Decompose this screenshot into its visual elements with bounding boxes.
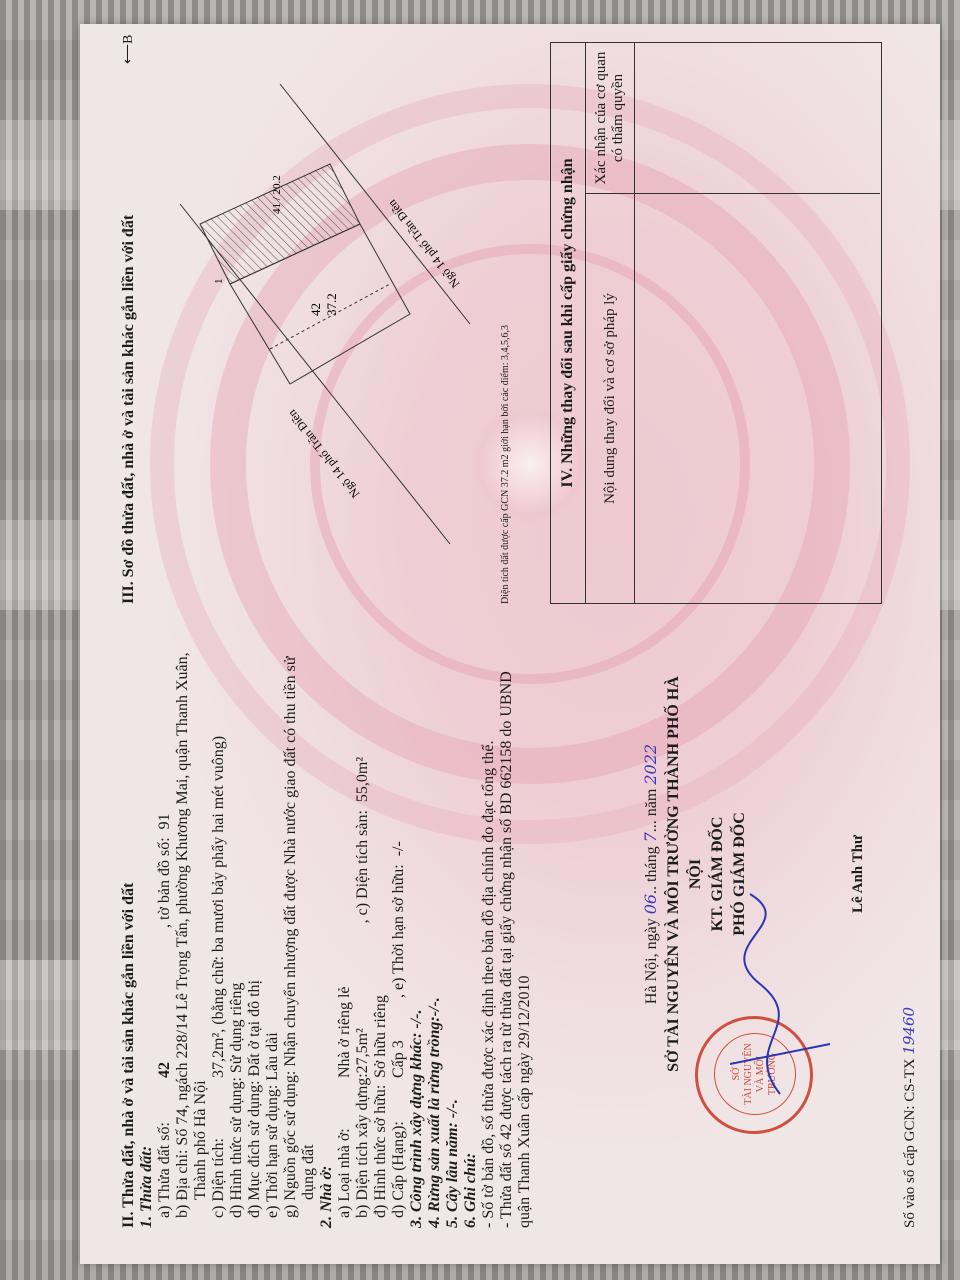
address-row: b) Địa chỉ: Số 74, ngách 228/14 Lê Trọng…: [174, 648, 192, 1228]
register-number: Số vào sổ cấp GCN: CS-TX 19460: [900, 1007, 919, 1228]
note-line: quận Thanh Xuân cấp ngày 29/12/2010: [516, 648, 534, 1228]
map-sheet-number: 91: [156, 813, 174, 829]
own-term-value: -/-: [390, 841, 408, 856]
house-heading: 2. Nhà ở:: [318, 648, 336, 1228]
built-area-value: 27,5m²: [354, 923, 372, 1073]
parcel-row: a) Thửa đất số: 42 , tờ bản đồ số: 91: [156, 648, 174, 1228]
road-label: Ngõ 14 phố Trần Điền: [385, 197, 463, 291]
month-label: tháng: [643, 846, 660, 882]
certificate-photo: II. Thửa đất, nhà ở và tài sản khác gắn …: [62, 14, 958, 1274]
purpose-label: đ) Mục đích sử dụng:: [246, 1080, 264, 1218]
term-row: e) Thời hạn sử dụng: Lâu dài: [264, 648, 282, 1228]
house-type-row: a) Loại nhà ở: Nhà ở riêng lẻ: [336, 648, 354, 1228]
area-row: c) Diện tích: 37,2m², (bằng chữ: ba mươi…: [210, 648, 228, 1228]
address-value: Số 74, ngách 228/14 Lê Trọng Tấn, phường…: [174, 652, 192, 1145]
year-label: năm: [643, 789, 660, 817]
signature-icon: [720, 884, 840, 1104]
section-4-title: IV. Những thay đổi sau khi cấp giấy chứn…: [551, 43, 586, 603]
road-label: Ngõ 14 phố Trần Điền: [285, 407, 363, 501]
signer-name: Lê Anh Thư: [850, 664, 867, 1084]
date-prefix: Hà Nội, ngày: [643, 918, 660, 1004]
north-arrow-icon: ⟵B: [120, 35, 137, 64]
section-3: III. Sơ đồ thửa đất, nhà ở và tài sản kh…: [120, 44, 138, 604]
usage-form-label: d) Hình thức sử dụng:: [228, 1077, 246, 1218]
usage-form-value: Sử dụng riêng: [228, 983, 246, 1073]
notes-heading: 6. Ghi chú:: [462, 648, 480, 1228]
address-city: Thành phố Hà Nội: [192, 648, 210, 1228]
parcel-diagram: 1 42 37.2 41 / 20.2 Ngõ 14 phố Trần Điền…: [160, 64, 480, 584]
note-line: - Số tờ bản đồ, số thửa được xác định th…: [480, 648, 498, 1228]
grade-value: Cấp 3: [390, 998, 408, 1078]
origin-value-cont: dụng đất: [300, 648, 318, 1228]
section-3-title: III. Sơ đồ thửa đất, nhà ở và tài sản kh…: [120, 44, 138, 604]
column-header-confirmation: Xác nhận của cơ quan có thẩm quyền: [586, 43, 634, 193]
production-forest: 4. Rừng sản xuất là rừng trồng:-/-.: [426, 648, 444, 1228]
usage-form-row: d) Hình thức sử dụng: Sử dụng riêng: [228, 648, 246, 1228]
grade-row: d) Cấp (Hạng): Cấp 3 , e) Thời hạn sở hữ…: [390, 648, 408, 1228]
grade-label: d) Cấp (Hạng):: [390, 1078, 408, 1218]
hatched-parcel-label: 41 / 20.2: [271, 175, 283, 214]
certificate-page: II. Thửa đất, nhà ở và tài sản khác gắn …: [80, 24, 940, 1264]
address-label: b) Địa chỉ:: [174, 1150, 192, 1218]
date-year: 2022: [641, 744, 660, 785]
area-label: c) Diện tích:: [210, 1078, 228, 1218]
north-label: B: [121, 35, 136, 44]
issuing-agency: SỞ TÀI NGUYÊN VÀ MÔI TRƯỜNG THÀNH PHỐ HÀ…: [663, 664, 707, 1084]
parcel-area-label: 37.2: [324, 293, 339, 316]
house-type-value: Nhà ở riêng lẻ: [336, 986, 354, 1078]
floor-area-value: 55,0m²: [354, 757, 372, 802]
own-term-label: , e) Thời hạn sở hữu:: [390, 864, 408, 998]
origin-label: g) Nguồn gốc sử dụng:: [282, 1071, 300, 1218]
area-value: 37,2m², (bằng chữ: ba mươi bảy phẩy hai …: [210, 736, 228, 1078]
section-2: II. Thửa đất, nhà ở và tài sản khác gắn …: [120, 648, 534, 1228]
ownership-value: Sở hữu riêng: [372, 995, 390, 1078]
built-area-row: b) Diện tích xây dựng: 27,5m² , c) Diện …: [354, 648, 372, 1228]
register-value: 19460: [900, 1007, 918, 1055]
column-header-changes: Nội dung thay đổi và cơ sở pháp lý: [586, 193, 634, 603]
origin-row: g) Nguồn gốc sử dụng: Nhận chuyển nhượng…: [282, 648, 300, 1228]
land-heading: 1. Thửa đất:: [138, 648, 156, 1228]
section-2-title: II. Thửa đất, nhà ở và tài sản khác gắn …: [120, 648, 138, 1228]
parcel-number-label: 42: [308, 303, 323, 316]
purpose-value: Đất ở tại đô thị: [246, 980, 264, 1076]
origin-value: Nhận chuyển nhượng đất được Nhà nước gia…: [282, 656, 300, 1066]
built-area-label: b) Diện tích xây dựng:: [354, 1073, 372, 1218]
parcel-number: 42: [156, 928, 174, 1078]
note-line: - Thửa đất số 42 được tách ra từ thửa đấ…: [498, 648, 516, 1228]
ownership-row: đ) Hình thức sở hữu: Sở hữu riêng: [372, 648, 390, 1228]
register-label: Số vào sổ cấp GCN: CS-TX: [902, 1058, 918, 1228]
point-label: 1: [213, 279, 225, 285]
purpose-row: đ) Mục đích sử dụng: Đất ở tại đô thị: [246, 648, 264, 1228]
parcel-label: a) Thửa đất số:: [156, 1078, 174, 1218]
confirmation-cell: [635, 43, 880, 193]
other-works: 3. Công trình xây dựng khác: -/-.: [408, 648, 426, 1228]
perennial-trees: 5. Cây lâu năm: -/-.: [444, 648, 462, 1228]
place-date: Hà Nội, ngày 06.. tháng 7... năm 2022: [640, 664, 663, 1084]
map-sheet-label: , tờ bản đồ số:: [156, 837, 174, 928]
floor-area-label: , c) Diện tích sàn:: [354, 810, 372, 923]
changes-cell: [635, 193, 880, 603]
term-value: Lâu dài: [264, 1032, 282, 1080]
changes-table: IV. Những thay đổi sau khi cấp giấy chứn…: [550, 42, 882, 604]
term-label: e) Thời hạn sử dụng:: [264, 1085, 282, 1218]
area-note: Diện tích đất được cấp GCN 37.2 m2 giới …: [500, 325, 511, 604]
ownership-label: đ) Hình thức sở hữu:: [372, 1078, 390, 1218]
date-day: 06: [641, 894, 660, 914]
house-type-label: a) Loại nhà ở:: [336, 1078, 354, 1218]
date-month: 7: [641, 832, 660, 842]
